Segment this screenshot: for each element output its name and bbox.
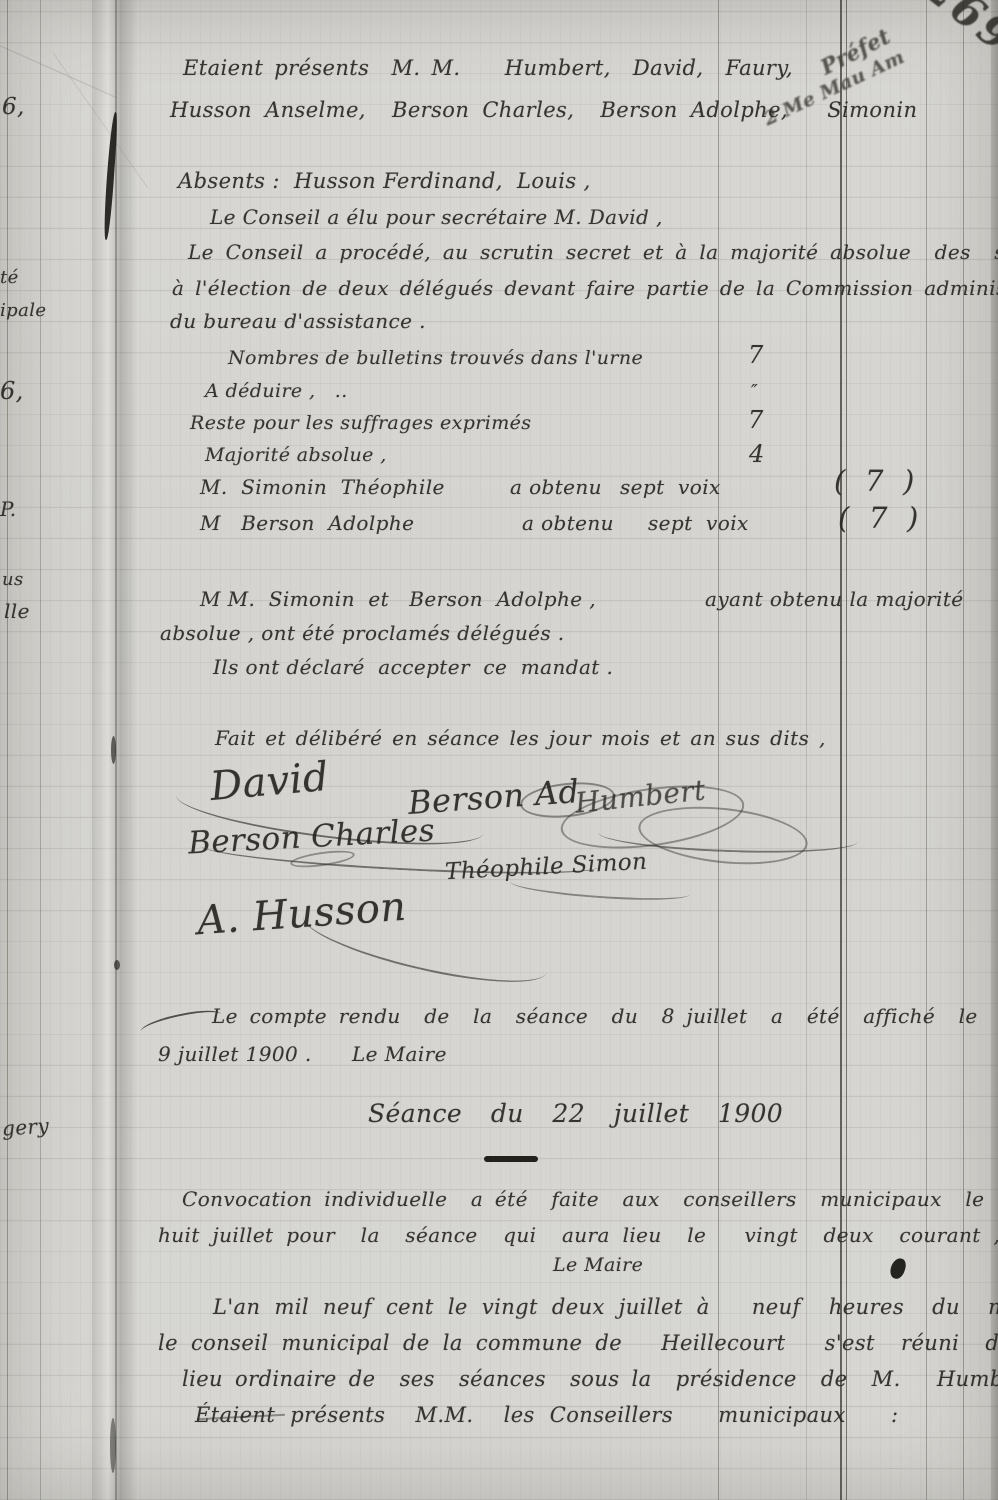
tally-label: Nombres de bulletins trouvés dans l'urne xyxy=(228,348,643,369)
scrutin-line-2: à l'élection de deux délégués devant fai… xyxy=(172,277,998,299)
margin-fragment: lle xyxy=(4,600,30,622)
vote-paren: ( 7 ) xyxy=(838,503,919,535)
vote-verb: a obtenu xyxy=(522,512,614,534)
vote-paren: ( 7 ) xyxy=(834,466,915,498)
convocation-line-2: huit juillet pour la séance qui aura lie… xyxy=(158,1224,998,1246)
tally-label: Reste pour les suffrages exprimés xyxy=(190,413,531,434)
tally-value: 7 xyxy=(748,342,764,368)
scrutin-line-3: du bureau d'assistance . xyxy=(170,310,426,332)
vote-verb: a obtenu xyxy=(510,476,602,498)
margin-fragment: P. xyxy=(0,498,17,520)
posting-mayor: Le Maire xyxy=(352,1043,447,1065)
column-rule-1 xyxy=(718,0,719,1500)
convocation-line-1: Convocation individuelle a été faite aux… xyxy=(182,1188,998,1210)
session-heading: Séance du 22 juillet 1900 xyxy=(368,1100,783,1128)
convocation-mayor: Le Maire xyxy=(553,1255,643,1276)
margin-fragment: ipale xyxy=(0,301,46,321)
tally-label: A déduire , .. xyxy=(205,381,348,402)
posting-line-1: Le compte rendu de la séance du 8 juille… xyxy=(212,1005,998,1027)
margin-fragment: té xyxy=(0,268,19,288)
proclamation-line-3: Ils ont déclaré accepter ce mandat . xyxy=(213,656,613,678)
column-rule-3a xyxy=(840,0,842,1500)
page-edge-right xyxy=(991,0,998,1500)
posting-date: 9 juillet 1900 . xyxy=(158,1043,312,1065)
margin-fragment: 6, xyxy=(0,378,24,404)
margin-fragment: 6, xyxy=(2,95,25,120)
vote-name: M Berson Adolphe xyxy=(200,512,414,534)
vote-count: sept voix xyxy=(648,512,749,534)
opening-line-4: Étaient présents M.M. les Conseillers mu… xyxy=(195,1404,898,1427)
column-rule-3b xyxy=(846,0,847,1500)
margin-fragment: gery xyxy=(1,1114,50,1139)
proclamation-line-1-left: M M. Simonin et Berson Adolphe , xyxy=(200,588,596,610)
proclamation-line-2: absolue , ont été proclamés délégués . xyxy=(160,622,565,644)
present-line-2: Husson Anselme, Berson Charles, Berson A… xyxy=(170,99,917,122)
binding-speck-2 xyxy=(114,960,120,970)
tally-value: ″ xyxy=(751,382,758,402)
column-rule-5 xyxy=(963,0,964,1500)
binding-speck-1 xyxy=(111,736,116,764)
proclamation-line-1-right: ayant obtenu la majorité xyxy=(705,588,964,610)
scrutin-line-1: Le Conseil a procédé, au scrutin secret … xyxy=(188,241,998,263)
margin-rule-left-inner xyxy=(40,0,41,1500)
opening-line-1: L'an mil neuf cent le vingt deux juillet… xyxy=(213,1296,998,1319)
margin-fragment: us xyxy=(2,570,24,590)
absents-line: Absents : Husson Ferdinand, Louis , xyxy=(178,170,591,193)
tally-value: 4 xyxy=(749,441,765,467)
tally-value: 7 xyxy=(748,407,764,433)
heading-underline xyxy=(484,1156,538,1162)
opening-line-3: lieu ordinaire de ses séances sous la pr… xyxy=(182,1368,998,1391)
register-page: { "header": { "page_number": "269", "sta… xyxy=(0,0,998,1500)
column-rule-2 xyxy=(806,0,807,1500)
vote-name: M. Simonin Théophile xyxy=(200,476,445,498)
closing-line: Fait et délibéré en séance les jour mois… xyxy=(215,727,826,749)
secretary-line: Le Conseil a élu pour secrétaire M. Davi… xyxy=(210,206,663,228)
column-rule-4 xyxy=(926,0,927,1500)
margin-rule-left-outer xyxy=(7,0,8,1500)
vote-count: sept voix xyxy=(620,476,721,498)
tally-label: Majorité absolue , xyxy=(205,445,387,466)
present-line-1: Etaient présents M. M. Humbert, David, F… xyxy=(183,57,793,80)
binding-speck-3 xyxy=(110,1418,116,1473)
opening-line-2: le conseil municipal de la commune de He… xyxy=(158,1332,998,1355)
